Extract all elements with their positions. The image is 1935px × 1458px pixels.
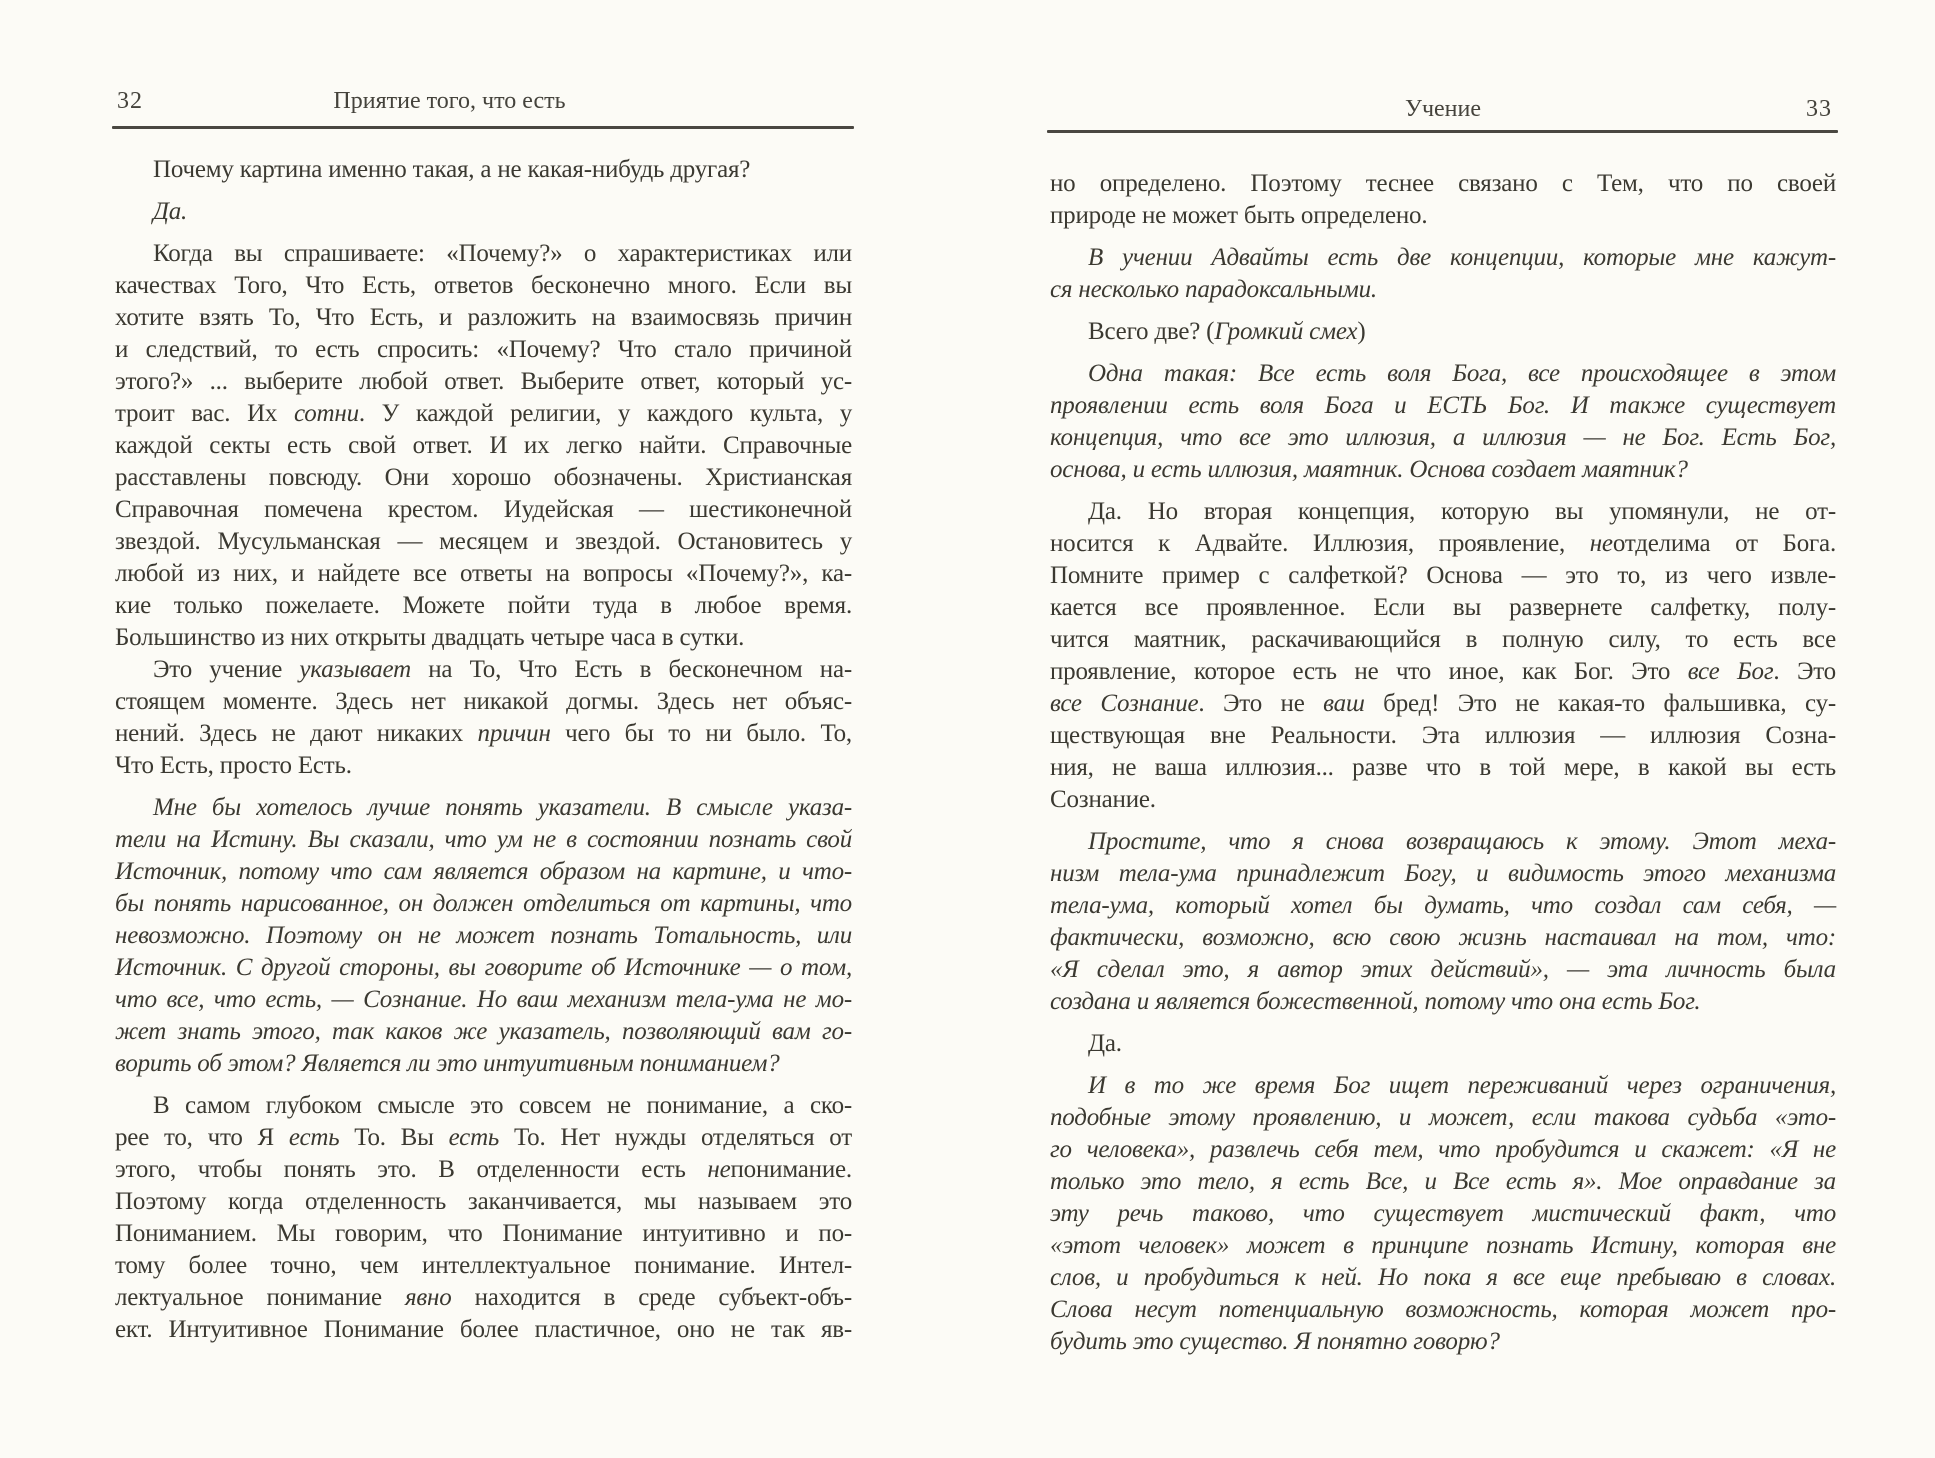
- text-run: В самом глубоком смысле это совсем не по…: [153, 1092, 852, 1119]
- text-line: В учении Адвайты есть две концепции, кот…: [1050, 242, 1836, 274]
- text-run: жет знать этого, так каков же указатель,…: [115, 1018, 852, 1045]
- text-run: и следствий, то есть спросить: «Почему? …: [115, 336, 852, 363]
- text-line: «этот человек» может в принципе познать …: [1050, 1230, 1836, 1262]
- text-line: концепция, что все это иллюзия, а иллюзи…: [1050, 422, 1836, 454]
- text-run: чится маятник, раскачивающийся в полную …: [1050, 626, 1836, 653]
- text-run: Источник, потому что сам является образо…: [115, 858, 852, 885]
- text-run: проявлении есть воля Бога и ЕСТЬ Бог. И …: [1050, 392, 1836, 419]
- text-line: Одна такая: Все есть воля Бога, все прои…: [1050, 358, 1836, 390]
- text-run: Сознание.: [1050, 786, 1156, 813]
- paragraph: В самом глубоком смысле это совсем не по…: [115, 1090, 852, 1346]
- paragraph: Одна такая: Все есть воля Бога, все прои…: [1050, 358, 1836, 486]
- text-line: ния, не ваша иллюзия... разве что в той …: [1050, 752, 1836, 784]
- paragraph: Да.: [115, 196, 852, 228]
- emphasized-text: ваш: [1323, 690, 1364, 717]
- text-line: Справочная помечена крестом. Иудейская —…: [115, 494, 852, 526]
- text-line: создана и является божественной, потому …: [1050, 986, 1836, 1018]
- text-run: То. Нет нужды отделяться от: [499, 1124, 852, 1151]
- text-line: носится к Адвайте. Иллюзия, проявление, …: [1050, 528, 1836, 560]
- emphasized-text: все Сознание: [1050, 690, 1198, 717]
- text-run: стоящем моменте. Здесь нет никакой догмы…: [115, 688, 852, 715]
- text-run: проявление, которое есть не что иное, ка…: [1050, 658, 1688, 685]
- text-line: троит вас. Их сотни. У каждой религии, у…: [115, 398, 852, 430]
- page-body: Почему картина именно такая, а не какая-…: [115, 154, 852, 1346]
- text-run: Одна такая: Все есть воля Бога, все прои…: [1088, 360, 1836, 387]
- text-line: ществующая вне Реальности. Эта иллюзия —…: [1050, 720, 1836, 752]
- text-run: чего бы то ни было. То,: [551, 720, 852, 747]
- text-run: носится к Адвайте. Иллюзия, проявление,: [1050, 530, 1590, 557]
- text-run: лектуальное понимание: [115, 1284, 405, 1311]
- page-header-right: Учение 33: [1050, 96, 1836, 130]
- text-run: каждой секты есть свой ответ. И их легко…: [115, 432, 852, 459]
- text-line: Слова несут потенциальную возможность, к…: [1050, 1294, 1836, 1326]
- text-run: Помните пример с салфеткой? Основа — это…: [1050, 562, 1836, 589]
- text-line: Это учение указывает на То, Что Есть в б…: [115, 654, 852, 686]
- text-line: го человека», развлечь себя тем, что про…: [1050, 1134, 1836, 1166]
- text-run: только это тело, я есть Все, и Все есть …: [1050, 1168, 1836, 1195]
- text-run: основа, и есть иллюзия, маятник. Основа …: [1050, 456, 1688, 483]
- text-line: хотите взять То, Что Есть, и разложить н…: [115, 302, 852, 334]
- text-run: бы понять нарисованное, он должен отдели…: [115, 890, 852, 917]
- text-run: . Это не: [1198, 690, 1323, 717]
- text-line: проявление, которое есть не что иное, ка…: [1050, 656, 1836, 688]
- text-line: кается все проявленное. Если вы разверне…: [1050, 592, 1836, 624]
- emphasized-text: явно: [405, 1284, 452, 1311]
- emphasized-text: указывает: [299, 656, 411, 683]
- text-line: Простите, что я снова возвращаюсь к этом…: [1050, 826, 1836, 858]
- text-line: В самом глубоком смысле это совсем не по…: [115, 1090, 852, 1122]
- emphasized-text: есть: [449, 1124, 500, 1151]
- text-line: природе не может быть определено.: [1050, 200, 1836, 232]
- text-run: создана и является божественной, потому …: [1050, 988, 1700, 1015]
- text-run: Слова несут потенциальную возможность, к…: [1050, 1296, 1836, 1323]
- text-run: нений. Здесь не дают никаких: [115, 720, 478, 747]
- text-line: Большинство из них открыты двадцать четы…: [115, 622, 852, 654]
- text-run: Поэтому когда отделенность заканчивается…: [115, 1188, 852, 1215]
- text-run: . У каждой религии, у каждого культа, у: [359, 400, 852, 427]
- text-line: подобные этому проявлению, и может, если…: [1050, 1102, 1836, 1134]
- paragraph: Когда вы спрашиваете: «Почему?» о характ…: [115, 238, 852, 654]
- text-run: звездой. Мусульманская — месяцем и звезд…: [115, 528, 852, 555]
- text-run: ся несколько парадоксальными.: [1050, 276, 1377, 303]
- text-line: Да. Но вторая концепция, которую вы упом…: [1050, 496, 1836, 528]
- text-line: И в то же время Бог ищет переживаний чер…: [1050, 1070, 1836, 1102]
- paragraph: Мне бы хотелось лучше понять указатели. …: [115, 792, 852, 1080]
- text-line: расставлены повсюду. Они хорошо обозначе…: [115, 462, 852, 494]
- text-line: этого, чтобы понять это. В отделенности …: [115, 1154, 852, 1186]
- text-line: «Я сделал это, я автор этих действий», —…: [1050, 954, 1836, 986]
- text-run: Пониманием. Мы говорим, что Понимание ин…: [115, 1220, 852, 1247]
- text-line: ект. Интуитивное Понимание более пластич…: [115, 1314, 852, 1346]
- running-title: Приятие того, что есть: [81, 88, 818, 115]
- text-run: ): [1357, 318, 1365, 345]
- text-run: Когда вы спрашиваете: «Почему?» о характ…: [153, 240, 852, 267]
- text-run: бред! Это не какая-то фальшивка, су-: [1365, 690, 1836, 717]
- emphasized-text: есть: [289, 1124, 340, 1151]
- text-line: Почему картина именно такая, а не какая-…: [115, 154, 852, 186]
- text-run: отделима от Бога.: [1613, 530, 1836, 557]
- text-run: кается все проявленное. Если вы разверне…: [1050, 594, 1836, 621]
- text-run: ект. Интуитивное Понимание более пластич…: [115, 1316, 852, 1343]
- text-run: подобные этому проявлению, и может, если…: [1050, 1104, 1836, 1131]
- text-run: . Это: [1773, 658, 1836, 685]
- text-line: низм тела-ума принадлежит Богу, и видимо…: [1050, 858, 1836, 890]
- running-title: Учение: [1050, 96, 1836, 123]
- text-line: Да.: [115, 196, 852, 228]
- text-line: рее то, что Я есть То. Вы есть То. Нет н…: [115, 1122, 852, 1154]
- paragraph: но определено. Поэтому теснее связано с …: [1050, 168, 1836, 232]
- text-line: тому более точно, чем интеллектуальное п…: [115, 1250, 852, 1282]
- emphasized-text: сотни: [294, 400, 359, 427]
- page-number: 33: [1806, 96, 1832, 123]
- text-line: кие только пожелаете. Можете пойти туда …: [115, 590, 852, 622]
- text-line: Всего две? (Громкий смех): [1050, 316, 1836, 348]
- text-run: но определено. Поэтому теснее связано с …: [1050, 170, 1836, 197]
- text-run: любой из них, и найдете все ответы на во…: [115, 560, 852, 587]
- text-line: чится маятник, раскачивающийся в полную …: [1050, 624, 1836, 656]
- text-line: фактически, возможно, всю свою жизнь нас…: [1050, 922, 1836, 954]
- text-line: Да.: [1050, 1028, 1836, 1060]
- emphasized-text: не: [1590, 530, 1613, 557]
- text-line: только это тело, я есть Все, и Все есть …: [1050, 1166, 1836, 1198]
- book-spread-scan: 32 Приятие того, что есть Почему картина…: [0, 0, 1935, 1458]
- text-run: И в то же время Бог ищет переживаний чер…: [1088, 1072, 1836, 1099]
- text-line: Пониманием. Мы говорим, что Понимание ин…: [115, 1218, 852, 1250]
- text-run: троит вас. Их: [115, 400, 294, 427]
- text-line: этого?» ... выберите любой ответ. Выбери…: [115, 366, 852, 398]
- text-run: тому более точно, чем интеллектуальное п…: [115, 1252, 852, 1279]
- paragraph: Почему картина именно такая, а не какая-…: [115, 154, 852, 186]
- text-line: Когда вы спрашиваете: «Почему?» о характ…: [115, 238, 852, 270]
- text-run: Это учение: [153, 656, 299, 683]
- text-run: концепция, что все это иллюзия, а иллюзи…: [1050, 424, 1836, 451]
- emphasized-text: не: [707, 1156, 730, 1183]
- text-run: Да.: [1088, 1030, 1122, 1057]
- text-run: Да.: [153, 198, 187, 225]
- text-line: стоящем моменте. Здесь нет никакой догмы…: [115, 686, 852, 718]
- text-run: этого, чтобы понять это. В отделенности …: [115, 1156, 707, 1183]
- text-line: Мне бы хотелось лучше понять указатели. …: [115, 792, 852, 824]
- text-run: Почему картина именно такая, а не какая-…: [153, 156, 750, 183]
- text-run: Простите, что я снова возвращаюсь к этом…: [1088, 828, 1836, 855]
- text-run: будить это существо. Я понятно говорю?: [1050, 1328, 1500, 1355]
- text-line: Источник, потому что сам является образо…: [115, 856, 852, 888]
- text-line: тели на Истину. Вы сказали, что ум не в …: [115, 824, 852, 856]
- text-run: В учении Адвайты есть две концепции, кот…: [1088, 244, 1836, 271]
- text-line: нений. Здесь не дают никаких причин чего…: [115, 718, 852, 750]
- text-run: что все, что есть, — Сознание. Но ваш ме…: [115, 986, 852, 1013]
- emphasized-text: причин: [478, 720, 551, 747]
- text-run: понимание.: [731, 1156, 853, 1183]
- text-run: Источник. С другой стороны, вы говорите …: [115, 954, 852, 981]
- text-run: кие только пожелаете. Можете пойти туда …: [115, 592, 852, 619]
- text-run: хотите взять То, Что Есть, и разложить н…: [115, 304, 852, 331]
- text-line: основа, и есть иллюзия, маятник. Основа …: [1050, 454, 1836, 486]
- text-line: слов, и пробудиться к ней. Но пока я все…: [1050, 1262, 1836, 1294]
- text-run: качествах Того, Что Есть, ответов бескон…: [115, 272, 852, 299]
- paragraph: В учении Адвайты есть две концепции, кот…: [1050, 242, 1836, 306]
- text-line: ся несколько парадоксальными.: [1050, 274, 1836, 306]
- text-line: тела-ума, который хотел бы думать, что с…: [1050, 890, 1836, 922]
- text-line: Что Есть, просто Есть.: [115, 750, 852, 782]
- text-run: Справочная помечена крестом. Иудейская —…: [115, 496, 852, 523]
- text-line: Помните пример с салфеткой? Основа — это…: [1050, 560, 1836, 592]
- text-run: Всего две? (: [1088, 318, 1214, 345]
- paragraph: Это учение указывает на То, Что Есть в б…: [115, 654, 852, 782]
- page-body: но определено. Поэтому теснее связано с …: [1050, 168, 1836, 1358]
- text-run: слов, и пробудиться к ней. Но пока я все…: [1050, 1264, 1836, 1291]
- text-run: тели на Истину. Вы сказали, что ум не в …: [115, 826, 852, 853]
- paragraph: Да. Но вторая концепция, которую вы упом…: [1050, 496, 1836, 816]
- text-line: невозможно. Поэтому он не может познать …: [115, 920, 852, 952]
- text-line: Сознание.: [1050, 784, 1836, 816]
- paragraph: И в то же время Бог ищет переживаний чер…: [1050, 1070, 1836, 1358]
- text-line: все Сознание. Это не ваш бред! Это не ка…: [1050, 688, 1836, 720]
- text-run: на То, Что Есть в бесконечном на-: [411, 656, 852, 683]
- text-run: рее то, что Я: [115, 1124, 289, 1151]
- text-run: природе не может быть определено.: [1050, 202, 1427, 229]
- text-run: низм тела-ума принадлежит Богу, и видимо…: [1050, 860, 1836, 887]
- text-run: ворить об этом? Является ли это интуитив…: [115, 1050, 780, 1077]
- text-line: будить это существо. Я понятно говорю?: [1050, 1326, 1836, 1358]
- text-run: Что Есть, просто Есть.: [115, 752, 352, 779]
- text-line: что все, что есть, — Сознание. Но ваш ме…: [115, 984, 852, 1016]
- text-line: каждой секты есть свой ответ. И их легко…: [115, 430, 852, 462]
- text-line: бы понять нарисованное, он должен отдели…: [115, 888, 852, 920]
- paragraph: Простите, что я снова возвращаюсь к этом…: [1050, 826, 1836, 1018]
- text-line: и следствий, то есть спросить: «Почему? …: [115, 334, 852, 366]
- text-run: Большинство из них открыты двадцать четы…: [115, 624, 744, 651]
- paragraph: Всего две? (Громкий смех): [1050, 316, 1836, 348]
- text-run: го человека», развлечь себя тем, что про…: [1050, 1136, 1836, 1163]
- text-line: Источник. С другой стороны, вы говорите …: [115, 952, 852, 984]
- text-run: тела-ума, который хотел бы думать, что с…: [1050, 892, 1836, 919]
- text-run: «этот человек» может в принципе познать …: [1050, 1232, 1836, 1259]
- text-run: расставлены повсюду. Они хорошо обозначе…: [115, 464, 852, 491]
- text-run: эту речь таково, что существует мистичес…: [1050, 1200, 1836, 1227]
- header-rule: [112, 126, 854, 129]
- emphasized-text: все Бог: [1688, 658, 1774, 685]
- text-run: Да. Но вторая концепция, которую вы упом…: [1088, 498, 1836, 525]
- text-run: фактически, возможно, всю свою жизнь нас…: [1050, 924, 1836, 951]
- paragraph: Да.: [1050, 1028, 1836, 1060]
- text-line: Поэтому когда отделенность заканчивается…: [115, 1186, 852, 1218]
- text-line: звездой. Мусульманская — месяцем и звезд…: [115, 526, 852, 558]
- text-run: То. Вы: [339, 1124, 448, 1151]
- text-line: но определено. Поэтому теснее связано с …: [1050, 168, 1836, 200]
- text-line: любой из них, и найдете все ответы на во…: [115, 558, 852, 590]
- text-line: ворить об этом? Является ли это интуитив…: [115, 1048, 852, 1080]
- page-header-left: 32 Приятие того, что есть: [115, 88, 852, 122]
- text-run: Мне бы хотелось лучше понять указатели. …: [153, 794, 852, 821]
- text-run: ществующая вне Реальности. Эта иллюзия —…: [1050, 722, 1836, 749]
- text-run: находится в среде субъект-объ-: [452, 1284, 852, 1311]
- emphasized-text: Громкий смех: [1214, 318, 1357, 345]
- text-line: качествах Того, Что Есть, ответов бескон…: [115, 270, 852, 302]
- text-line: жет знать этого, так каков же указатель,…: [115, 1016, 852, 1048]
- text-line: проявлении есть воля Бога и ЕСТЬ Бог. И …: [1050, 390, 1836, 422]
- header-rule: [1047, 130, 1838, 133]
- text-run: невозможно. Поэтому он не может познать …: [115, 922, 852, 949]
- text-line: лектуальное понимание явно находится в с…: [115, 1282, 852, 1314]
- text-run: этого?» ... выберите любой ответ. Выбери…: [115, 368, 852, 395]
- text-run: «Я сделал это, я автор этих действий», —…: [1050, 956, 1836, 983]
- text-run: ния, не ваша иллюзия... разве что в той …: [1050, 754, 1836, 781]
- text-line: эту речь таково, что существует мистичес…: [1050, 1198, 1836, 1230]
